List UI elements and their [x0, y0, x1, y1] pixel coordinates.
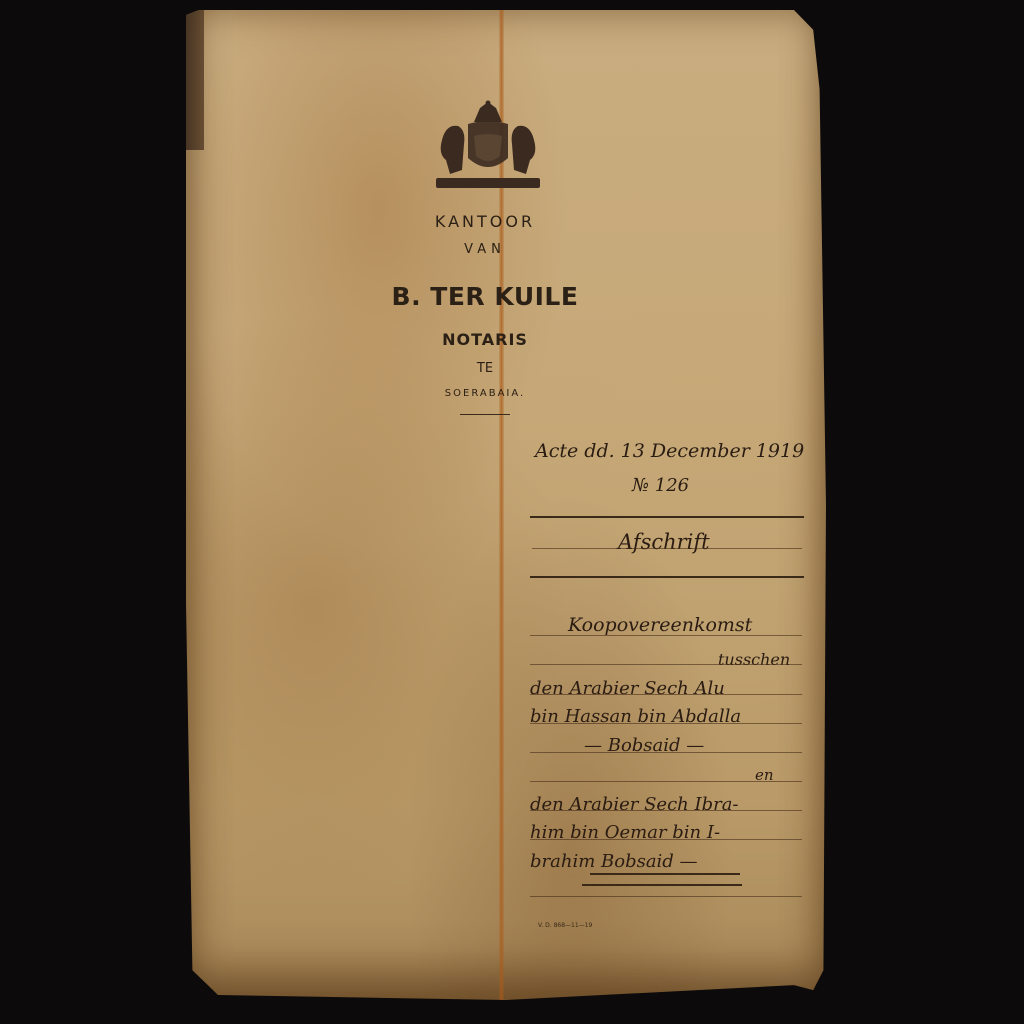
party2-line3: brahim Bobsaid — — [530, 851, 698, 872]
rule-9 — [530, 781, 802, 782]
rule-12 — [530, 896, 802, 897]
name-underline-2 — [582, 884, 742, 886]
deed-subject: Koopovereenkomst — [568, 614, 752, 636]
party1-line1: den Arabier Sech Alu — [530, 678, 725, 699]
coat-of-arms-icon — [428, 100, 548, 196]
rule-8 — [530, 752, 802, 753]
rule-4 — [530, 635, 802, 636]
letterhead-divider — [460, 414, 510, 415]
name-underline-1 — [590, 873, 740, 875]
rule-5 — [530, 664, 802, 665]
between-label: tusschen — [718, 650, 790, 669]
letterhead-city: SOERABAIA. — [330, 388, 640, 399]
rule-10 — [530, 810, 802, 811]
letterhead-of: VAN — [330, 242, 640, 257]
letterhead-office: KANTOOR — [330, 212, 640, 231]
copy-label: Afschrift — [618, 530, 710, 554]
rule-2 — [532, 548, 802, 549]
binding-spine — [186, 10, 204, 150]
rule-11 — [530, 839, 802, 840]
notary-name: B. TER KUILE — [330, 282, 640, 311]
letterhead-at: TE — [330, 361, 640, 376]
act-number: № 126 — [632, 475, 689, 496]
party2-line1: den Arabier Sech Ibra- — [530, 794, 739, 815]
notary-title: NOTARIS — [330, 330, 640, 349]
rule-6 — [530, 694, 802, 695]
rule-7 — [530, 723, 802, 724]
rule-1 — [530, 516, 804, 518]
rule-3 — [530, 576, 804, 578]
form-code: V. D. 868—11—19 — [538, 922, 592, 929]
act-date: Acte dd. 13 December 1919 — [535, 440, 804, 462]
